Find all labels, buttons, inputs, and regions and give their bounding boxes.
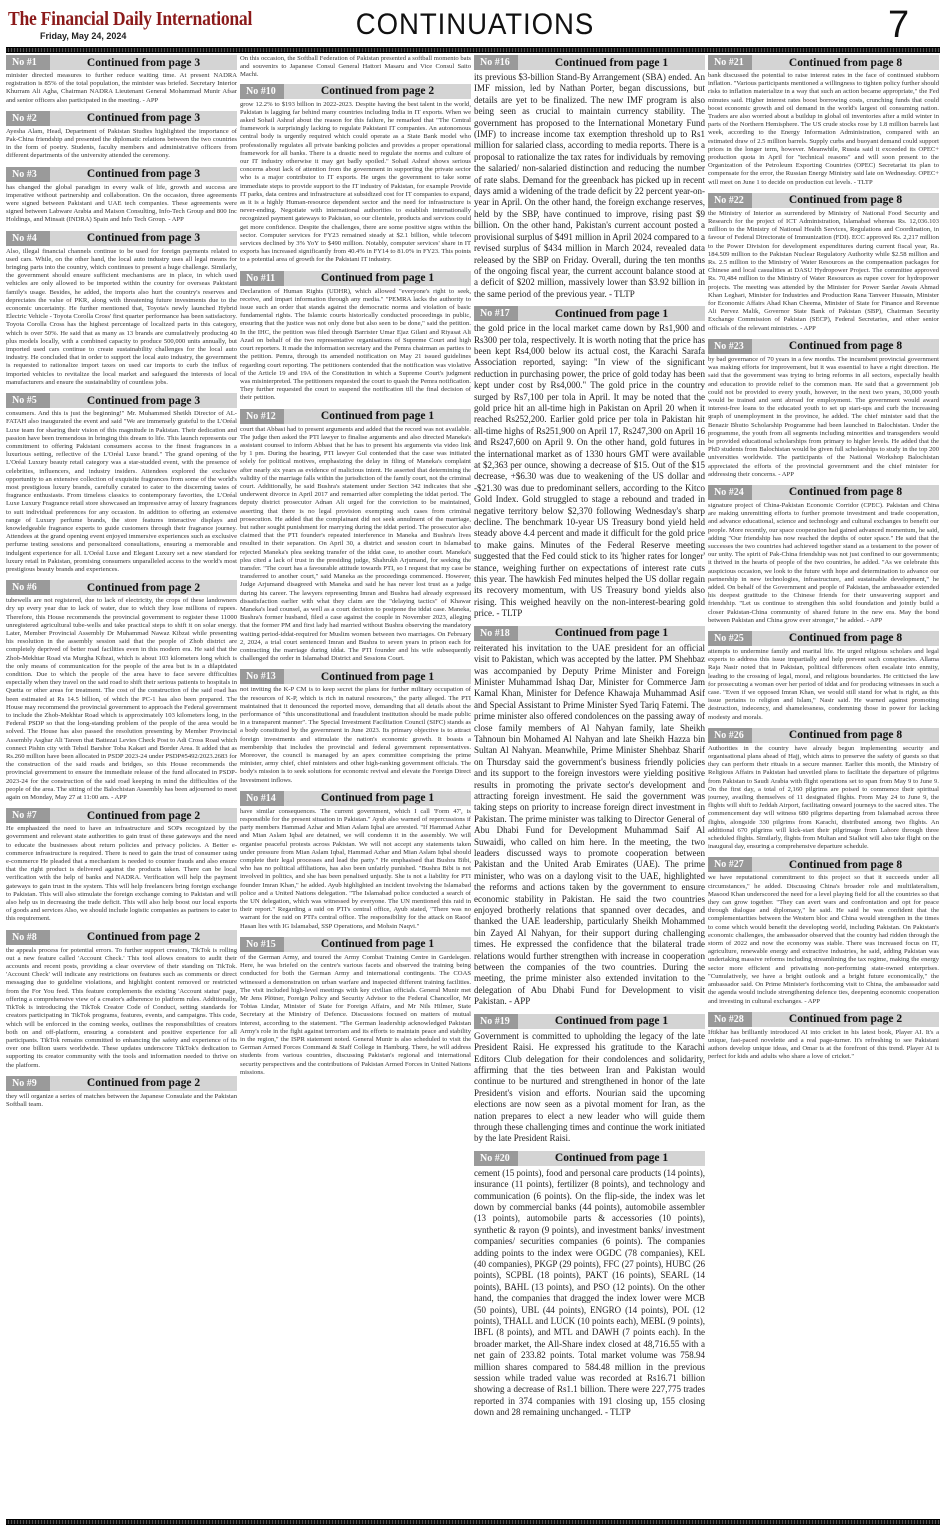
story-text: consumers. And this is just the beginnin… (6, 410, 237, 574)
story-number-badge: No #10 (240, 84, 284, 99)
continuation-block: No #1Continued from page 3minister direc… (6, 55, 237, 105)
story-text: tubewells are not registered, due to lac… (6, 597, 237, 802)
continued-from-label: Continued from page 8 (752, 340, 939, 352)
story-number-badge: No #6 (6, 580, 50, 595)
continued-from-label: Continued from page 1 (284, 671, 471, 683)
continuation-block: No #15Continued from page 1of the German… (240, 937, 471, 1077)
story-text: by bad governance of 70 years in a few m… (708, 356, 939, 479)
continued-from-label: Continued from page 8 (752, 632, 939, 644)
story-number-badge: No #23 (708, 339, 752, 354)
column-2: On this occasion, the Softball Federatio… (240, 55, 471, 1518)
continuation-header: No #12Continued from page 1 (240, 409, 471, 424)
continuation-block: No #11Continued from page 1Declaration o… (240, 271, 471, 403)
continuation-header: No #3Continued from page 3 (6, 167, 237, 182)
story-number-badge: No #3 (6, 167, 50, 182)
section-title: CONTINUATIONS (296, 8, 655, 42)
story-text: its previous $3-billion Stand-By Arrange… (474, 72, 705, 300)
story-text: attempts to undermine family and marital… (708, 648, 939, 722)
continuation-block: No #4Continued from page 3Also, illegal … (6, 231, 237, 387)
continuation-header: No #28Continued from page 2 (708, 1012, 939, 1027)
continuation-block: No #28Continued from page 2Iftikhar has … (708, 1012, 939, 1062)
continued-from-label: Continued from page 8 (752, 729, 939, 741)
continued-from-label: Continued from page 3 (50, 168, 237, 180)
continuation-block: No #25Continued from page 8attempts to u… (708, 631, 939, 722)
continuation-block: No #13Continued from page 1not inviting … (240, 669, 471, 784)
continued-from-label: Continued from page 3 (50, 57, 237, 69)
story-number-badge: No #16 (474, 55, 518, 70)
continuation-header: No #4Continued from page 3 (6, 231, 237, 246)
story-text: of the German Army, and toured the Army … (240, 954, 471, 1077)
continuation-header: No #6Continued from page 2 (6, 580, 237, 595)
masthead: The Financial Daily International Friday… (0, 0, 945, 48)
continuation-header: No #7Continued from page 2 (6, 808, 237, 823)
continuation-header: No #10Continued from page 2 (240, 84, 471, 99)
continuation-block: No #3Continued from page 3has changed th… (6, 167, 237, 225)
column-1: No #1Continued from page 3minister direc… (6, 55, 237, 1518)
continuation-header: No #15Continued from page 1 (240, 937, 471, 952)
story-number-badge: No #27 (708, 857, 752, 872)
continuation-block: No #6Continued from page 2tubewells are … (6, 580, 237, 802)
continuation-header: No #17Continued from page 1 (474, 306, 705, 321)
continued-from-label: Continued from page 8 (752, 486, 939, 498)
continuation-block: No #27Continued from page 8we have reput… (708, 857, 939, 1005)
continuation-header: No #22Continued from page 8 (708, 193, 939, 208)
story-number-badge: No #24 (708, 485, 752, 500)
story-number-badge: No #14 (240, 791, 284, 806)
story-text: we have reputational commitment to this … (708, 874, 939, 1005)
story-text: not inviting the K-P CM is to keep secre… (240, 686, 471, 784)
continued-from-label: Continued from page 1 (518, 57, 705, 69)
column-3: No #16Continued from page 1its previous … (474, 55, 705, 1518)
continuation-block: No #16Continued from page 1its previous … (474, 55, 705, 300)
continuation-header: No #11Continued from page 1 (240, 271, 471, 286)
continuation-header: No #8Continued from page 2 (6, 930, 237, 945)
story-text: Declaration of Human Rights (UDHR), whic… (240, 288, 471, 403)
continued-from-label: Continued from page 1 (284, 938, 471, 950)
story-text: have similar consequences. The current g… (240, 808, 471, 931)
story-number-badge: No #9 (6, 1076, 50, 1091)
story-number-badge: No #15 (240, 937, 284, 952)
continuation-block: No #24Continued from page 8signature pro… (708, 485, 939, 625)
page-number: 7 (888, 4, 909, 47)
continued-from-label: Continued from page 1 (518, 1152, 705, 1164)
continuation-block: No #20Continued from page 1cement (15 po… (474, 1151, 705, 1419)
lead-paragraph: On this occasion, the Softball Federatio… (240, 55, 471, 80)
continued-from-label: Continued from page 8 (752, 194, 939, 206)
continuation-block: No #10Continued from page 2grow 12.2% to… (240, 84, 471, 265)
continuation-header: No #14Continued from page 1 (240, 791, 471, 806)
continuation-header: No #25Continued from page 8 (708, 631, 939, 646)
continuation-block: No #17Continued from page 1the gold pric… (474, 306, 705, 620)
story-number-badge: No #20 (474, 1151, 518, 1166)
story-text: reiterated his invitation to the UAE pre… (474, 643, 705, 1008)
continuation-block: No #12Continued from page 1court that Ab… (240, 409, 471, 664)
story-number-badge: No #13 (240, 669, 284, 684)
continuation-block: No #2Continued from page 3Ayesha Alam, H… (6, 111, 237, 161)
story-text: He emphasized the need to have an infras… (6, 825, 237, 923)
story-text: Iftikhar has brilliantly introduced AI i… (708, 1029, 939, 1062)
continuation-block: No #26Continued from page 8Authorities i… (708, 728, 939, 852)
continuation-block: No #8Continued from page 2the appeals pr… (6, 930, 237, 1070)
continuation-block: No #18Continued from page 1reiterated hi… (474, 626, 705, 1008)
story-number-badge: No #28 (708, 1012, 752, 1027)
continued-from-label: Continued from page 1 (518, 627, 705, 639)
continuation-header: No #2Continued from page 3 (6, 111, 237, 126)
story-text: cement (15 points), food and personal ca… (474, 1168, 705, 1419)
story-text: Government is committed to upholding the… (474, 1031, 705, 1145)
story-number-badge: No #5 (6, 393, 50, 408)
continuation-header: No #9Continued from page 2 (6, 1076, 237, 1091)
story-number-badge: No #19 (474, 1014, 518, 1029)
story-text: signature project of China-Pakistan Econ… (708, 502, 939, 625)
continued-from-label: Continued from page 2 (50, 931, 237, 943)
top-rule (6, 47, 940, 53)
continued-from-label: Continued from page 8 (752, 57, 939, 69)
story-text: bank discussed the potential to raise in… (708, 72, 939, 187)
story-number-badge: No #12 (240, 409, 284, 424)
column-4: No #21Continued from page 8bank discusse… (708, 55, 939, 1518)
continuation-header: No #19Continued from page 1 (474, 1014, 705, 1029)
continuation-header: No #5Continued from page 3 (6, 393, 237, 408)
continuation-block: No #9Continued from page 2they will orga… (6, 1076, 237, 1109)
continuation-header: No #26Continued from page 8 (708, 728, 939, 743)
story-text: minister directed measures to further re… (6, 72, 237, 105)
story-text: the appeals process for potential errors… (6, 947, 237, 1070)
story-number-badge: No #2 (6, 111, 50, 126)
story-text: the gold price in the local market came … (474, 323, 705, 620)
continued-from-label: Continued from page 8 (752, 859, 939, 871)
continued-from-label: Continued from page 3 (50, 112, 237, 124)
story-text: Authorities in the country have already … (708, 745, 939, 852)
continuation-header: No #21Continued from page 8 (708, 55, 939, 70)
issue-date: Friday, May 24, 2024 (40, 31, 126, 41)
continuation-header: No #24Continued from page 8 (708, 485, 939, 500)
continued-from-label: Continued from page 1 (284, 410, 471, 422)
continued-from-label: Continued from page 1 (518, 1015, 705, 1027)
story-number-badge: No #1 (6, 55, 50, 70)
story-number-badge: No #17 (474, 306, 518, 321)
continued-from-label: Continued from page 3 (50, 232, 237, 244)
story-text: Also, illegal financial channels continu… (6, 248, 237, 387)
story-text: court that Abbasi had to present argumen… (240, 426, 471, 664)
continued-from-label: Continued from page 1 (284, 792, 471, 804)
story-text: Ayesha Alam, Head, Department of Pakista… (6, 128, 237, 161)
continuation-block: No #5Continued from page 3consumers. And… (6, 393, 237, 574)
story-number-badge: No #21 (708, 55, 752, 70)
continued-from-label: Continued from page 1 (284, 272, 471, 284)
continuation-block: No #14Continued from page 1have similar … (240, 791, 471, 931)
continuation-block: No #21Continued from page 8bank discusse… (708, 55, 939, 187)
bottom-rule (6, 1519, 940, 1525)
story-number-badge: No #8 (6, 930, 50, 945)
story-number-badge: No #25 (708, 631, 752, 646)
continued-from-label: Continued from page 2 (752, 1013, 939, 1025)
story-number-badge: No #11 (240, 271, 284, 286)
continued-from-label: Continued from page 1 (518, 308, 705, 320)
continuation-header: No #1Continued from page 3 (6, 55, 237, 70)
continued-from-label: Continued from page 2 (284, 85, 471, 97)
continued-from-label: Continued from page 2 (50, 810, 237, 822)
newspaper-name: The Financial Daily International (8, 8, 252, 31)
continuation-block: No #23Continued from page 8by bad govern… (708, 339, 939, 479)
continued-from-label: Continued from page 2 (50, 1077, 237, 1089)
continuation-header: No #27Continued from page 8 (708, 857, 939, 872)
continued-from-label: Continued from page 3 (50, 395, 237, 407)
story-text: the Ministry of Interior as surrendered … (708, 210, 939, 333)
continuation-header: No #20Continued from page 1 (474, 1151, 705, 1166)
story-number-badge: No #26 (708, 728, 752, 743)
continuation-header: No #23Continued from page 8 (708, 339, 939, 354)
story-number-badge: No #4 (6, 231, 50, 246)
story-number-badge: No #18 (474, 626, 518, 641)
continuation-header: No #16Continued from page 1 (474, 55, 705, 70)
continuation-header: No #13Continued from page 1 (240, 669, 471, 684)
story-text: they will organize a series of matches b… (6, 1093, 237, 1109)
continuation-header: No #18Continued from page 1 (474, 626, 705, 641)
story-text: has changed the global paradigm in every… (6, 184, 237, 225)
story-number-badge: No #7 (6, 808, 50, 823)
story-number-badge: No #22 (708, 193, 752, 208)
continuation-block: No #19Continued from page 1Government is… (474, 1014, 705, 1145)
continuation-block: No #7Continued from page 2He emphasized … (6, 808, 237, 923)
continuation-block: No #22Continued from page 8the Ministry … (708, 193, 939, 333)
story-text: grow 12.2% to $193 billion in 2022-2023.… (240, 101, 471, 265)
continued-from-label: Continued from page 2 (50, 582, 237, 594)
